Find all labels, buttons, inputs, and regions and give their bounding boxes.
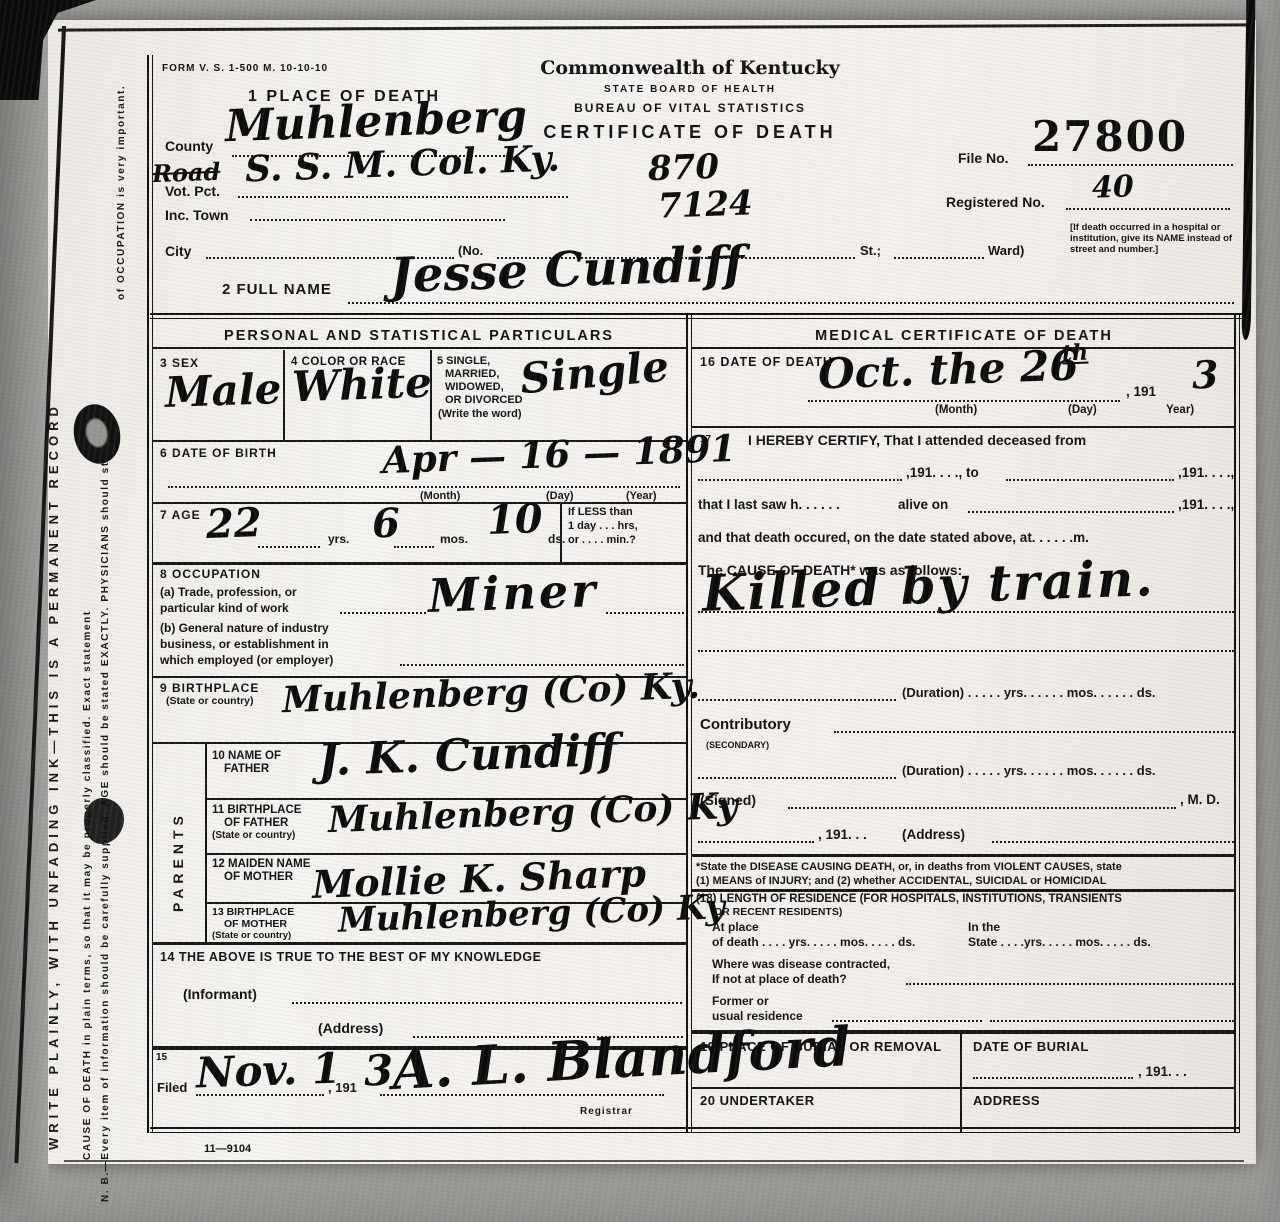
- scan-shade-bottom: [0, 1168, 1280, 1222]
- dotted-line: [698, 777, 896, 779]
- dotted-line: [992, 841, 1234, 843]
- father-birthplace-label-2: OF FATHER: [224, 817, 288, 829]
- dotted-line: [834, 731, 1234, 733]
- dod-day-label: (Day): [1068, 404, 1097, 416]
- age-less-note-2: 1 day . . . hrs,: [568, 520, 638, 532]
- hospital-note: [If death occurred in a hospital or inst…: [1070, 222, 1242, 255]
- dotted-line: [250, 219, 505, 221]
- burial-date-label: DATE OF BURIAL: [973, 1039, 1089, 1054]
- rule: [692, 426, 1236, 428]
- registered-no-value: 40: [1091, 169, 1134, 205]
- age-ds-label: ds.: [548, 532, 565, 546]
- dotted-line: [1028, 164, 1233, 166]
- registrar-label: Registrar: [580, 1106, 633, 1117]
- certify-intro: I HEREBY CERTIFY, That I attended deceas…: [748, 432, 1086, 448]
- dotted-line: [400, 664, 684, 666]
- file-number-stamp: 27800: [1032, 112, 1188, 161]
- dod-month-label: (Month): [935, 404, 977, 416]
- inc-town-label: Inc. Town: [165, 207, 229, 223]
- color-race-value: White: [291, 358, 432, 412]
- sign-address-label: (Address): [902, 827, 965, 842]
- secondary-label: (SECONDARY): [706, 740, 769, 750]
- margin-note-line3: of OCCUPATION is very important.: [116, 85, 127, 300]
- dotted-line: [168, 486, 680, 488]
- filed-section-number: 15: [156, 1052, 167, 1063]
- in-state-units: State . . . .yrs. . . . . mos. . . . . d…: [968, 935, 1151, 949]
- father-birthplace-hint: (State or country): [212, 830, 295, 841]
- mother-name-label-2: OF MOTHER: [224, 871, 293, 883]
- registered-no-label: Registered No.: [946, 194, 1045, 210]
- sex-value: Male: [164, 364, 282, 417]
- age-label: 7 AGE: [160, 508, 201, 522]
- dotted-line: [698, 479, 902, 481]
- marital-label-3: WIDOWED,: [445, 381, 504, 393]
- dotted-line: [238, 196, 568, 198]
- cause-footnote-1: *State the DISEASE CAUSING DEATH, or, in…: [696, 861, 1122, 873]
- marital-label-1: 5 SINGLE,: [437, 355, 490, 367]
- dod-year-digit: 3: [1191, 352, 1219, 398]
- at-place-units: of death . . . . yrs. . . . . mos. . . .…: [712, 935, 915, 949]
- dotted-line: [698, 841, 814, 843]
- age-less-note-1: If LESS than: [568, 506, 633, 518]
- marital-hint: (Write the word): [438, 408, 522, 420]
- father-name-value: J. K. Cundiff: [317, 725, 618, 786]
- scan-shade-right: [1254, 0, 1280, 1222]
- filed-date-value: Nov. 1: [195, 1043, 342, 1097]
- county-label: County: [165, 138, 213, 154]
- in-state-label: In the: [968, 920, 1000, 934]
- rule: [560, 502, 562, 562]
- occupation-value: Miner: [427, 563, 599, 623]
- occupation-b-line1: (b) General nature of industry: [160, 621, 329, 635]
- rule: [152, 942, 686, 945]
- scanned-death-certificate: { "meta": { "form_number": "FORM V. S. 1…: [0, 0, 1280, 1222]
- cause-footnote-2: (1) MEANS of INJURY; and (2) whether ACC…: [696, 875, 1106, 887]
- date-of-death-suffix: th: [1062, 340, 1089, 367]
- rule: [960, 1089, 962, 1133]
- filed-year-digit: 3: [363, 1046, 394, 1096]
- rule: [205, 742, 207, 944]
- rule: [283, 350, 285, 440]
- mother-birthplace-hint: (State or country): [212, 930, 291, 941]
- undertaker-address-label: ADDRESS: [973, 1093, 1040, 1108]
- occupation-label: 8 OCCUPATION: [160, 567, 261, 581]
- certify-year-c: ,191. . . .,: [1178, 497, 1234, 512]
- dotted-line: [894, 257, 984, 259]
- form-number: FORM V. S. 1-500 M. 10-10-10: [162, 63, 328, 74]
- rule: [150, 1127, 1240, 1133]
- dotted-line: [258, 546, 320, 548]
- dotted-line: [292, 1002, 682, 1004]
- age-yrs-label: yrs.: [328, 532, 349, 546]
- dotted-line: [698, 699, 896, 701]
- parents-vertical-label: PARENTS: [170, 811, 186, 912]
- rule: [692, 854, 1236, 857]
- dob-month-label: (Month): [420, 490, 460, 502]
- father-birthplace-label-1: 11 BIRTHPLACE: [212, 804, 301, 816]
- personal-section-title: PERSONAL AND STATISTICAL PARTICULARS: [152, 328, 686, 344]
- date-of-death-value: Oct. the 26: [817, 340, 1079, 398]
- margin-bold-note: WRITE PLAINLY, WITH UNFADING INK—THIS IS…: [46, 402, 61, 1150]
- occupation-b-line2: business, or establishment in: [160, 637, 329, 651]
- undertaker-label: 20 UNDERTAKER: [700, 1093, 815, 1108]
- dotted-line: [1066, 208, 1230, 210]
- age-less-note-3: or . . . . min.?: [568, 534, 636, 546]
- mother-birthplace-label-2: OF MOTHER: [224, 918, 287, 930]
- alive-on-text: alive on: [898, 497, 948, 512]
- rule: [692, 1087, 1236, 1089]
- mother-birthplace-label-1: 13 BIRTHPLACE: [212, 906, 294, 918]
- occupation-a-line1: (a) Trade, profession, or: [160, 585, 297, 599]
- dotted-line: [968, 511, 1174, 513]
- informant-label: (Informant): [183, 986, 257, 1002]
- informant-address-label: (Address): [318, 1020, 383, 1036]
- rule: [692, 889, 1236, 892]
- rule: [150, 313, 1242, 319]
- dotted-line: [698, 650, 1234, 652]
- dotted-line: [606, 612, 684, 614]
- last-saw-text: that I last saw h. . . . . .: [698, 497, 840, 512]
- father-name-label-1: 10 NAME OF: [212, 750, 281, 762]
- plate-number: 11—9104: [204, 1143, 251, 1155]
- former-label-1: Former or: [712, 994, 769, 1008]
- duration-line-2: (Duration) . . . . . yrs. . . . . . mos.…: [902, 763, 1156, 778]
- dod-year-printed: , 191: [1126, 384, 1156, 399]
- dotted-line: [973, 1077, 1133, 1079]
- margin-note-line2: CAUSE OF DEATH in plain terms, so that i…: [82, 610, 93, 1160]
- dotted-line: [808, 400, 1120, 402]
- file-no-label: File No.: [958, 150, 1009, 166]
- duration-line-1: (Duration) . . . . . yrs. . . . . . mos.…: [902, 685, 1156, 700]
- birthplace-label: 9 BIRTHPLACE: [160, 681, 259, 695]
- precinct-struck-word: Road: [152, 157, 221, 188]
- certify-year-b: ,191. . . .,: [1178, 465, 1234, 480]
- state-board-line: STATE BOARD OF HEALTH: [520, 84, 860, 95]
- marital-label-4: OR DIVORCED: [445, 394, 523, 406]
- city-label: City: [165, 243, 191, 259]
- dotted-line: [906, 983, 1234, 985]
- attest-statement: 14 THE ABOVE IS TRUE TO THE BEST OF MY K…: [160, 950, 541, 964]
- dob-label: 6 DATE OF BIRTH: [160, 446, 277, 460]
- dob-day-label: (Day): [546, 490, 574, 502]
- marital-label-2: MARRIED,: [445, 368, 499, 380]
- dotted-line: [990, 1020, 1234, 1022]
- commonwealth-title: Commonwealth of Kentucky: [520, 57, 860, 79]
- age-months-value: 6: [371, 500, 400, 548]
- occupation-b-line3: which employed (or employer): [160, 653, 333, 667]
- filed-label: Filed: [157, 1080, 187, 1095]
- bureau-line: BUREAU OF VITAL STATISTICS: [520, 101, 860, 115]
- dod-year-label: Year): [1166, 404, 1194, 416]
- rule: [960, 1033, 962, 1087]
- burial-date-year: , 191. . .: [1138, 1064, 1187, 1079]
- dotted-line: [340, 612, 426, 614]
- rule: [152, 562, 686, 565]
- certify-year-a: ,191. . . ., to: [906, 465, 979, 480]
- mother-name-label-1: 12 MAIDEN NAME: [212, 858, 310, 870]
- residence-title-2: OR RECENT RESIDENTS): [714, 906, 842, 918]
- date-of-death-label: 16 DATE OF DEATH: [700, 355, 833, 369]
- rule: [1234, 313, 1240, 1133]
- father-name-label-2: FATHER: [224, 763, 269, 775]
- contributory-label: Contributory: [700, 716, 791, 733]
- residence-title-1: (18) LENGTH OF RESIDENCE (FOR HOSPITALS,…: [696, 893, 1122, 905]
- dotted-line: [788, 807, 1176, 809]
- dotted-line: [1006, 479, 1174, 481]
- pen-number-2: 7124: [657, 183, 753, 226]
- dotted-line: [832, 1020, 982, 1022]
- death-occured-text: and that death occured, on the date stat…: [698, 530, 1089, 545]
- city-st-label: St.;: [860, 243, 881, 258]
- age-mos-label: mos.: [440, 532, 468, 546]
- dob-year-label: (Year): [626, 490, 657, 502]
- sign-year-text: , 191. . .: [818, 827, 867, 842]
- pen-number-1: 870: [647, 147, 719, 189]
- md-label: , M. D.: [1180, 792, 1220, 807]
- paper-edge-bottom: [64, 1160, 1244, 1162]
- age-years-value: 22: [205, 499, 262, 548]
- contracted-label-2: If not at place of death?: [712, 972, 847, 986]
- rule: [147, 55, 153, 1133]
- occupation-a-line2: particular kind of work: [160, 601, 289, 615]
- city-ward-label: Ward): [988, 243, 1024, 258]
- birthplace-hint: (State or country): [166, 695, 254, 707]
- age-days-value: 10: [486, 495, 543, 544]
- dotted-line: [348, 302, 1234, 304]
- contracted-label-1: Where was disease contracted,: [712, 957, 890, 971]
- full-name-label: 2 FULL NAME: [222, 281, 332, 298]
- medical-section-title: MEDICAL CERTIFICATE OF DEATH: [692, 328, 1236, 344]
